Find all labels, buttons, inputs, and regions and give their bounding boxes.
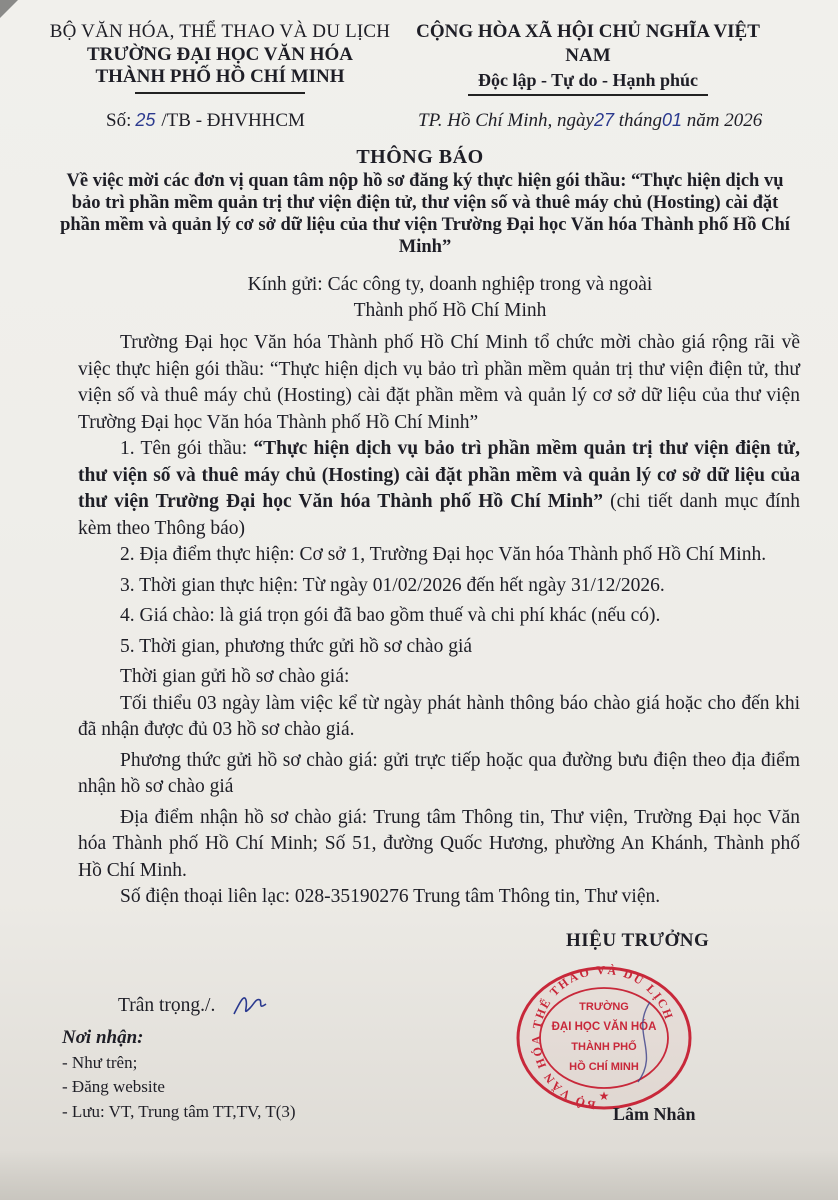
submit-time: Tối thiểu 03 ngày làm việc kể từ ngày ph… <box>78 691 800 744</box>
addressees: Kính gửi: Các công ty, doanh nghiệp tron… <box>170 272 730 324</box>
issuing-agency-header: BỘ VĂN HÓA, THỂ THAO VÀ DU LỊCH TRƯỜNG Đ… <box>40 20 400 94</box>
document-subject: Về việc mời các đơn vị quan tâm nộp hồ s… <box>60 170 790 258</box>
initials-mark <box>230 990 270 1020</box>
header-right-underline <box>468 94 708 96</box>
item-5-submission: 5. Thời gian, phương thức gửi hồ sơ chào… <box>78 634 800 661</box>
document-title: THÔNG BÁO <box>60 146 780 169</box>
submit-time-label: Thời gian gửi hồ sơ chào giá: <box>78 664 800 691</box>
item-1-label: 1. Tên gói thầu: <box>120 438 253 459</box>
contact-phone: Số điện thoại liên lạc: 028-35190276 Tru… <box>78 884 800 911</box>
official-seal: BỘ VĂN HÓA THỂ THAO VÀ DU LỊCH TRƯỜNG ĐẠ… <box>510 962 698 1112</box>
doc-number-prefix: Số: <box>106 110 131 131</box>
scan-shadow <box>0 1150 838 1200</box>
distribution-label: Nơi nhận: <box>62 1026 296 1051</box>
addressees-line2: Thành phố Hồ Chí Minh <box>170 298 730 324</box>
item-1-package-name: 1. Tên gói thầu: “Thực hiện dịch vụ bảo … <box>78 436 800 542</box>
national-header: CỘNG HÒA XÃ HỘI CHỦ NGHĨA VIỆT NAM Độc l… <box>398 20 778 96</box>
date-month-label: tháng <box>619 110 662 131</box>
folded-corner <box>0 0 18 18</box>
distribution-item: - Lưu: VT, Trung tâm TT,TV, T(3) <box>62 1100 296 1125</box>
doc-number-suffix: /TB - ĐHVHHCM <box>161 110 305 131</box>
document-number: Số:25/TB - ĐHVHHCM <box>106 110 305 132</box>
date-month-handwritten: 01 <box>662 110 682 130</box>
document-body: Trường Đại học Văn hóa Thành phố Hồ Chí … <box>78 330 800 911</box>
doc-number-handwritten: 25 <box>131 110 161 130</box>
addressees-line1: Kính gửi: Các công ty, doanh nghiệp tron… <box>170 272 730 298</box>
intro-paragraph: Trường Đại học Văn hóa Thành phố Hồ Chí … <box>78 330 800 436</box>
school-name-line2: THÀNH PHỐ HỒ CHÍ MINH <box>40 66 400 88</box>
date-day-handwritten: 27 <box>594 110 614 130</box>
distribution-item: - Đăng website <box>62 1075 296 1100</box>
nation-name: CỘNG HÒA XÃ HỘI CHỦ NGHĨA VIỆT NAM <box>398 20 778 68</box>
svg-text:HỒ CHÍ MINH: HỒ CHÍ MINH <box>569 1060 639 1073</box>
closing-salutation: Trân trọng./. <box>118 995 215 1017</box>
distribution-item: - Như trên; <box>62 1051 296 1076</box>
header-left-underline <box>135 92 305 94</box>
item-2-location: 2. Địa điểm thực hiện: Cơ sở 1, Trường Đ… <box>78 542 800 569</box>
signer-title: HIỆU TRƯỞNG <box>566 930 709 952</box>
svg-text:THÀNH PHỐ: THÀNH PHỐ <box>571 1039 637 1053</box>
distribution-list: Nơi nhận: - Như trên; - Đăng website - L… <box>62 1026 296 1124</box>
item-3-duration: 3. Thời gian thực hiện: Từ ngày 01/02/20… <box>78 573 800 600</box>
svg-text:TRƯỜNG: TRƯỜNG <box>579 1000 629 1013</box>
submit-method: Phương thức gửi hồ sơ chào giá: gửi trực… <box>78 748 800 801</box>
issue-date: TP. Hồ Chí Minh, ngày27 tháng01 năm 2026 <box>418 110 762 132</box>
item-4-price: 4. Giá chào: là giá trọn gói đã bao gồm … <box>78 603 800 630</box>
scanned-document-page: BỘ VĂN HÓA, THỂ THAO VÀ DU LỊCH TRƯỜNG Đ… <box>0 0 838 1200</box>
svg-text:★: ★ <box>599 1089 610 1103</box>
signer-name: Lâm Nhân <box>613 1104 696 1125</box>
date-place: TP. Hồ Chí Minh, ngày <box>418 110 594 131</box>
submit-location: Địa điểm nhận hồ sơ chào giá: Trung tâm … <box>78 805 800 885</box>
school-name-line1: TRƯỜNG ĐẠI HỌC VĂN HÓA <box>40 44 400 66</box>
ministry-name: BỘ VĂN HÓA, THỂ THAO VÀ DU LỊCH <box>40 20 400 44</box>
national-motto: Độc lập - Tự do - Hạnh phúc <box>398 68 778 92</box>
date-year: năm 2026 <box>687 110 762 131</box>
svg-text:ĐẠI HỌC VĂN HÓA: ĐẠI HỌC VĂN HÓA <box>552 1020 657 1033</box>
